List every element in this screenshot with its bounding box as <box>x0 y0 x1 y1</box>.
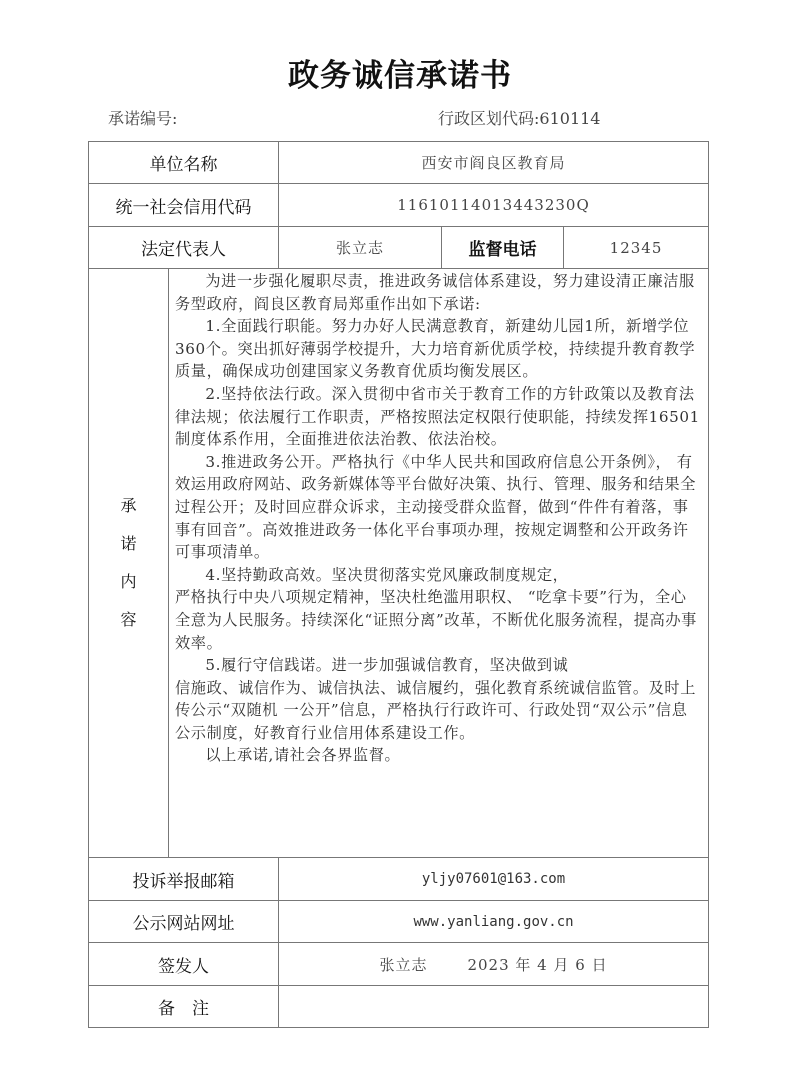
issuer-value: 张立志2023 年 4 月 6 日 <box>279 943 709 986</box>
admin-code-label: 行政区划代码: <box>438 109 539 128</box>
commitment-content-body: 为进一步强化履职尽责，推进政务诚信体系建设，努力建设清正廉洁服务型政府，阎良区教… <box>169 269 709 858</box>
remarks-value <box>279 986 709 1028</box>
remarks-label: 备 注 <box>89 986 279 1028</box>
row-issuer: 签发人 张立志2023 年 4 月 6 日 <box>89 943 709 986</box>
complaint-email-label: 投诉举报邮箱 <box>89 858 279 901</box>
row-unit-name: 单位名称 西安市阎良区教育局 <box>89 142 709 184</box>
legal-rep-label: 法定代表人 <box>89 227 279 269</box>
admin-code-value: 610114 <box>539 109 600 128</box>
commitment-paragraph: 5.履行守信践诺。进一步加强诚信教育，坚决做到诚 <box>175 654 702 677</box>
issuer-label: 签发人 <box>89 943 279 986</box>
credit-code-label: 统一社会信用代码 <box>89 184 279 227</box>
commitment-content-label: 承 诺 内 容 <box>89 269 169 858</box>
admin-code: 行政区划代码:610114 <box>438 106 600 129</box>
label-char: 内 <box>89 563 168 601</box>
unit-name-value: 西安市阎良区教育局 <box>279 142 709 184</box>
label-char: 容 <box>89 601 168 639</box>
supervision-phone-label: 监督电话 <box>442 227 564 269</box>
commitment-paragraph: 信施政、诚信作为、诚信执法、诚信履约，强化教育系统诚信监管。及时上传公示“双随机… <box>175 677 702 745</box>
supervision-phone-value: 12345 <box>564 227 709 269</box>
row-credit-code: 统一社会信用代码 11610114013443230Q <box>89 184 709 227</box>
row-website: 公示网站网址 www.yanliang.gov.cn <box>89 901 709 943</box>
row-remarks: 备 注 <box>89 986 709 1028</box>
commitment-paragraph: 以上承诺,请社会各界监督。 <box>175 744 702 767</box>
commitment-number-label: 承诺编号: <box>108 106 177 129</box>
issue-date: 2023 年 4 月 6 日 <box>467 956 607 974</box>
commitment-paragraph: 2.坚持依法行政。深入贯彻中省市关于教育工作的方针政策以及教育法律法规；依法履行… <box>175 383 702 451</box>
commitment-paragraph: 为进一步强化履职尽责，推进政务诚信体系建设，努力建设清正廉洁服务型政府，阎良区教… <box>175 270 702 315</box>
commitment-paragraph: 4.坚持勤政高效。坚决贯彻落实党风廉政制度规定， <box>175 564 702 587</box>
document-title: 政务诚信承诺书 <box>0 50 800 95</box>
row-commitment-content: 承 诺 内 容 为进一步强化履职尽责，推进政务诚信体系建设，努力建设清正廉洁服务… <box>89 269 709 858</box>
website-value[interactable]: www.yanliang.gov.cn <box>279 901 709 943</box>
row-legal-rep: 法定代表人 张立志 监督电话 12345 <box>89 227 709 269</box>
credit-code-value: 11610114013443230Q <box>279 184 709 227</box>
website-label: 公示网站网址 <box>89 901 279 943</box>
complaint-email-value[interactable]: yljy07601@163.com <box>279 858 709 901</box>
label-char: 承 <box>89 487 168 525</box>
legal-rep-value: 张立志 <box>279 227 442 269</box>
commitment-paragraph: 1.全面践行职能。努力办好人民满意教育，新建幼儿园1所，新增学位360个。突出抓… <box>175 315 702 383</box>
row-complaint-email: 投诉举报邮箱 yljy07601@163.com <box>89 858 709 901</box>
commitment-form-table: 单位名称 西安市阎良区教育局 统一社会信用代码 1161011401344323… <box>88 141 709 1028</box>
commitment-paragraph: 3.推进政务公开。严格执行《中华人民共和国政府信息公开条例》， 有效运用政府网站… <box>175 451 702 564</box>
issuer-name: 张立志 <box>379 956 427 974</box>
unit-name-label: 单位名称 <box>89 142 279 184</box>
commitment-paragraph: 严格执行中央八项规定精神，坚决杜绝滥用职权、 “吃拿卡要”行为，全心全意为人民服… <box>175 586 702 654</box>
label-char: 诺 <box>89 525 168 563</box>
